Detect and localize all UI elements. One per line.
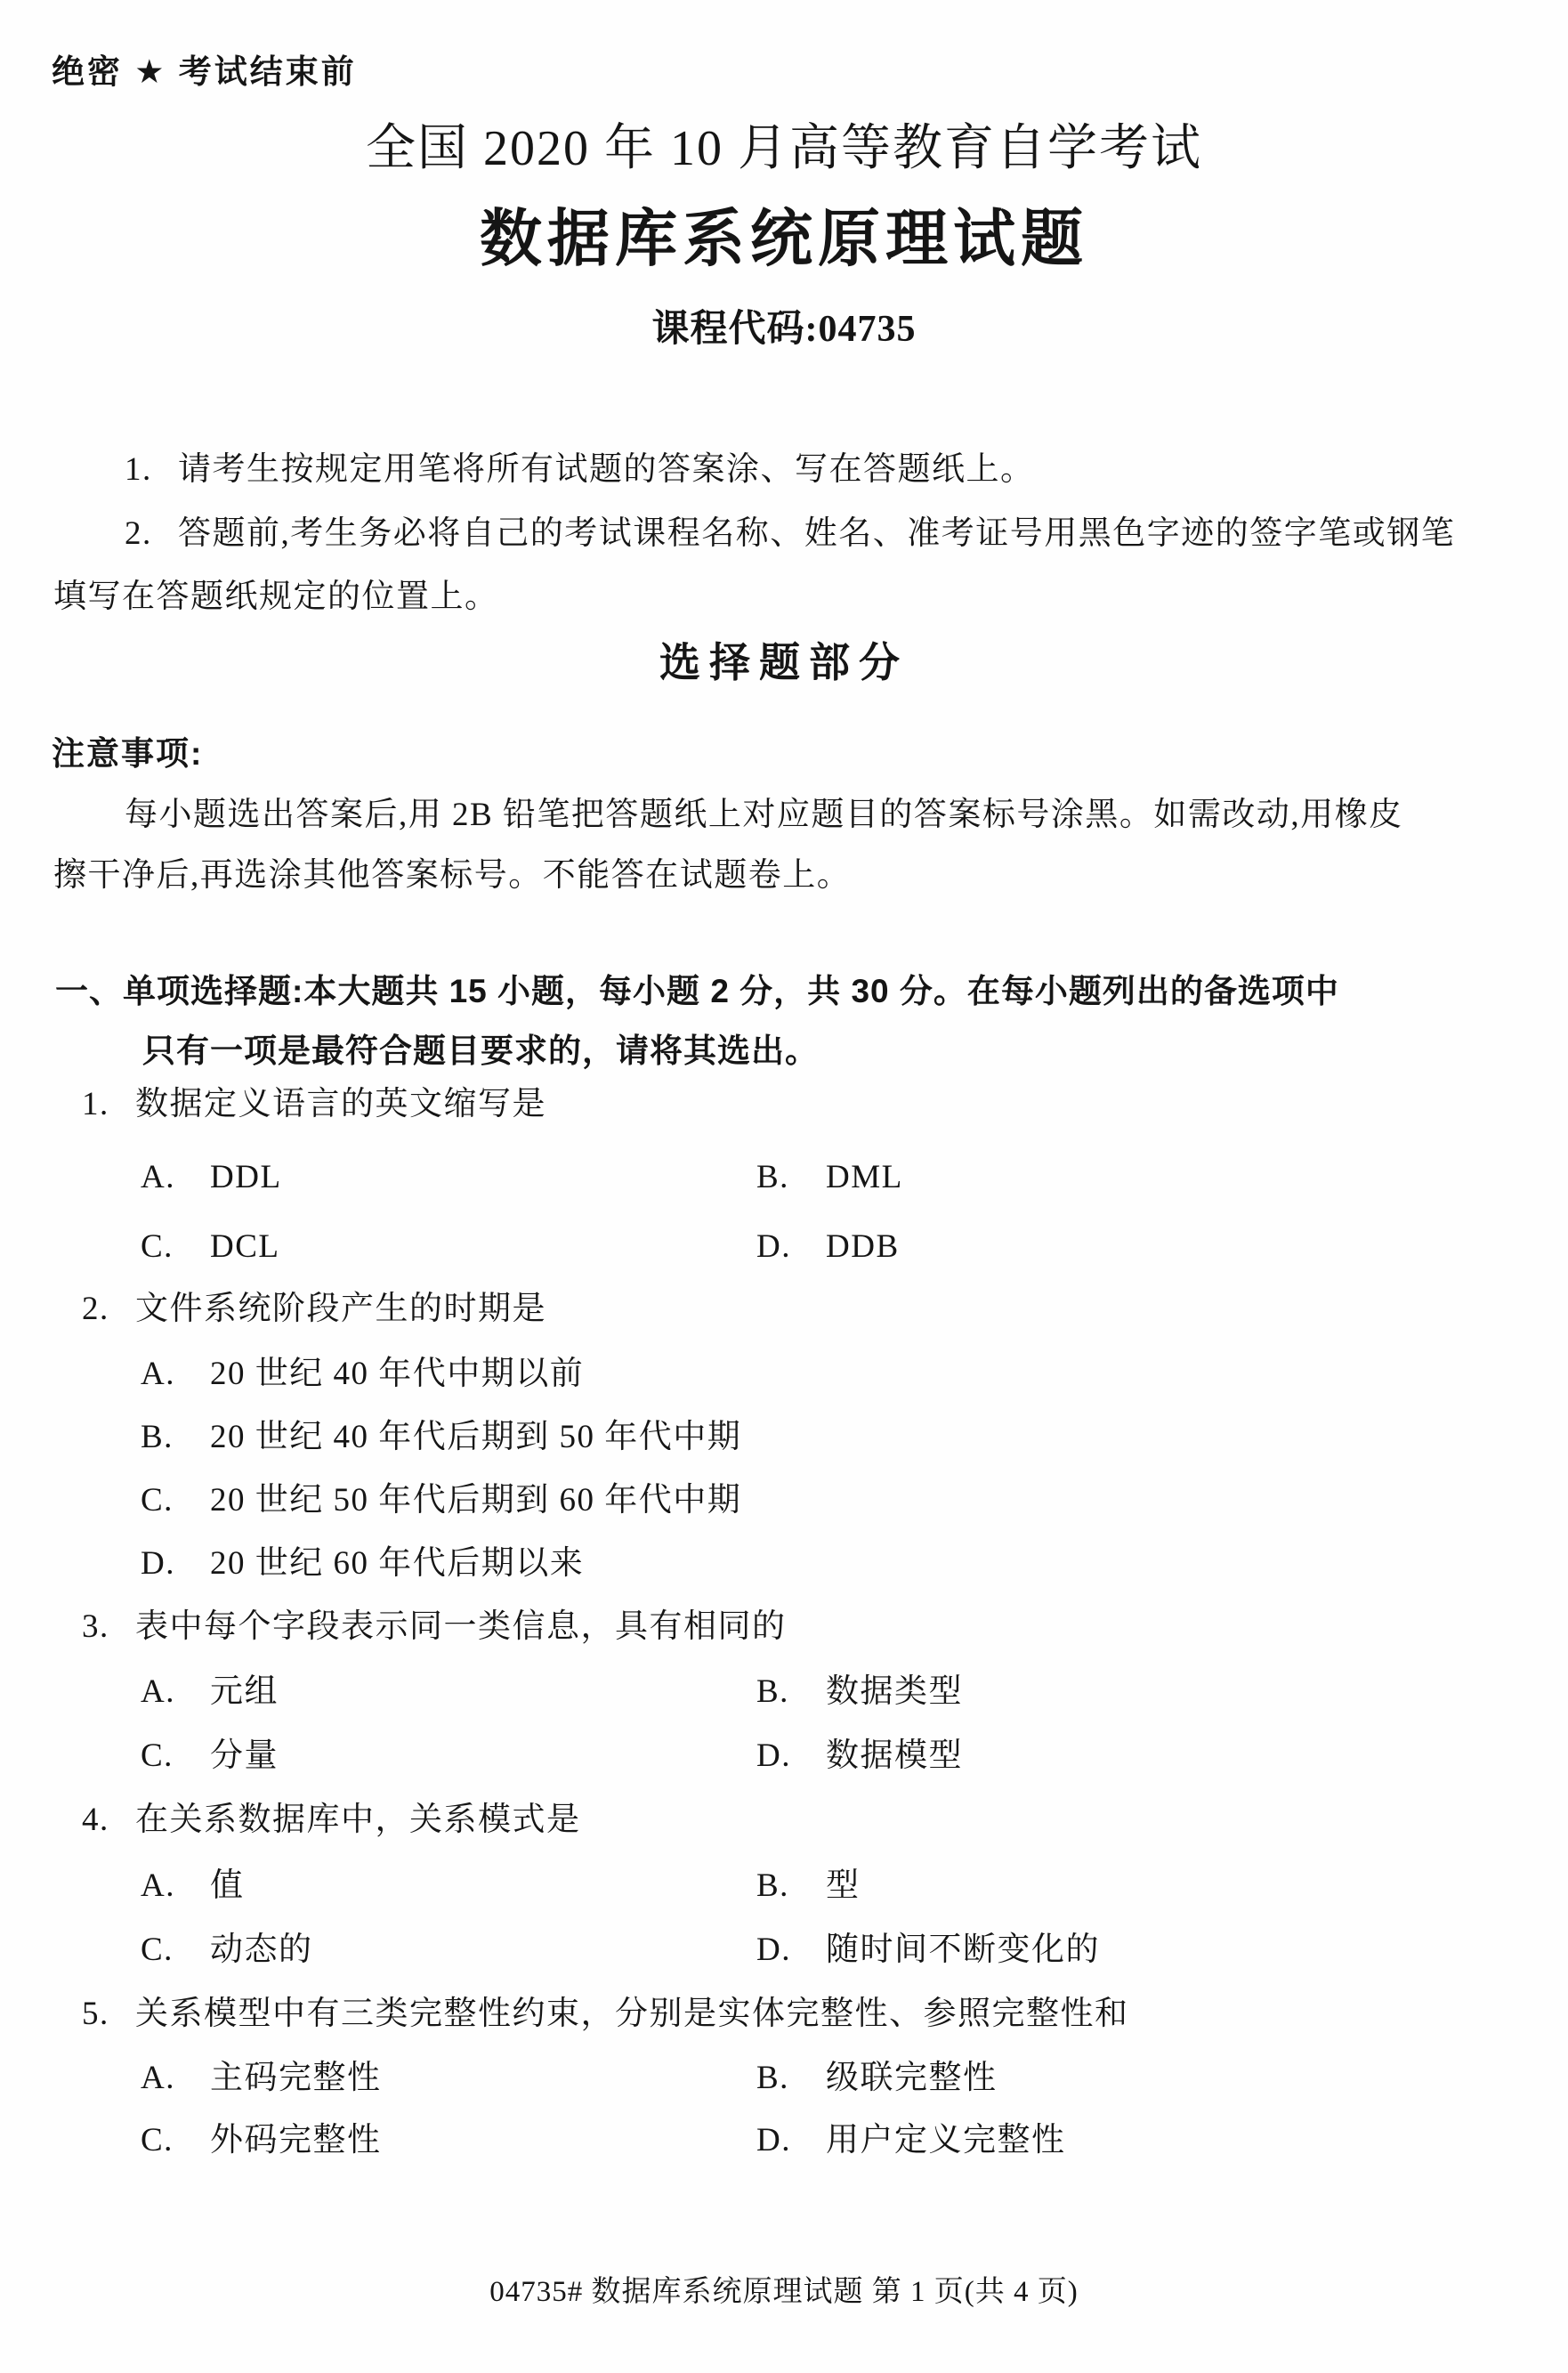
- option-d-label: D.: [756, 1227, 826, 1267]
- question-1-option-a: A.DDL: [141, 1157, 282, 1198]
- question-3-option-c: C.分量: [141, 1736, 279, 1777]
- option-b-text: 20 世纪 40 年代后期到 50 年代中期: [210, 1419, 741, 1455]
- option-c-text: 动态的: [210, 1932, 313, 1968]
- option-c-label: C.: [141, 1930, 210, 1971]
- option-d-text: 随时间不断变化的: [826, 1932, 1100, 1968]
- question-3-stem: 表中每个字段表示同一类信息，具有相同的: [135, 1607, 787, 1648]
- option-b-text: 级联完整性: [826, 2060, 998, 2096]
- option-a-label: A.: [141, 2058, 210, 2099]
- part-one-heading-line-2: 只有一项是最符合题目要求的，请将其选出。: [142, 1024, 819, 1072]
- question-1-option-b: B.DML: [756, 1157, 903, 1198]
- option-a-label: A.: [141, 1157, 210, 1198]
- question-2-option-a: A.20 世纪 40 年代中期以前: [141, 1354, 584, 1395]
- instruction-1-number: 1.: [125, 449, 152, 490]
- option-c-text: 分量: [210, 1737, 279, 1774]
- question-3-option-d: D.数据模型: [756, 1736, 963, 1777]
- question-2-number: 2.: [82, 1289, 109, 1330]
- question-1-option-c: C.DCL: [141, 1227, 280, 1267]
- instruction-2-text: 答题前,考生务必将自己的考试课程名称、姓名、准考证号用黑色字迹的签字笔或钢笔: [178, 514, 1455, 555]
- option-b-label: B.: [756, 1157, 826, 1198]
- question-5-option-d: D.用户定义完整性: [756, 2120, 1066, 2161]
- option-c-text: DCL: [210, 1228, 280, 1265]
- option-d-text: DDB: [826, 1228, 900, 1265]
- question-2-option-b: B.20 世纪 40 年代后期到 50 年代中期: [141, 1417, 741, 1458]
- question-2-stem: 文件系统阶段产生的时期是: [135, 1289, 546, 1330]
- option-b-label: B.: [756, 2058, 826, 2099]
- question-5-option-b: B.级联完整性: [756, 2058, 998, 2099]
- option-c-label: C.: [141, 1480, 210, 1521]
- instruction-2-number: 2.: [125, 514, 152, 555]
- question-4-option-b: B.型: [756, 1866, 861, 1907]
- option-a-label: A.: [141, 1866, 210, 1907]
- option-a-label: A.: [141, 1354, 210, 1395]
- question-3-option-b: B.数据类型: [756, 1672, 963, 1713]
- question-4-option-a: A.值: [141, 1866, 245, 1907]
- instruction-1-text: 请考生按规定用笔将所有试题的答案涂、写在答题纸上。: [178, 449, 1035, 490]
- question-3-option-a: A.元组: [141, 1672, 279, 1713]
- question-2-option-d: D.20 世纪 60 年代后期以来: [141, 1543, 584, 1584]
- option-d-label: D.: [756, 1736, 826, 1777]
- option-c-label: C.: [141, 1736, 210, 1777]
- question-4-option-c: C.动态的: [141, 1930, 313, 1971]
- option-d-text: 20 世纪 60 年代后期以来: [210, 1545, 584, 1582]
- option-b-label: B.: [756, 1866, 826, 1907]
- question-5-option-c: C.外码完整性: [141, 2120, 382, 2161]
- question-1-number: 1.: [82, 1084, 109, 1125]
- option-a-label: A.: [141, 1672, 210, 1713]
- option-a-text: 主码完整性: [210, 2060, 382, 2096]
- option-d-label: D.: [141, 1543, 210, 1584]
- page-footer: 04735# 数据库系统原理试题 第 1 页(共 4 页): [0, 2268, 1568, 2310]
- section-title: 选择题部分: [0, 630, 1568, 689]
- question-5-stem: 关系模型中有三类完整性约束，分别是实体完整性、参照完整性和: [135, 1994, 1129, 2035]
- option-d-label: D.: [756, 2120, 826, 2161]
- question-4-stem: 在关系数据库中，关系模式是: [135, 1800, 581, 1841]
- option-b-label: B.: [756, 1672, 826, 1713]
- option-c-text: 20 世纪 50 年代后期到 60 年代中期: [210, 1482, 741, 1519]
- option-c-text: 外码完整性: [210, 2122, 382, 2158]
- exam-paper-page: 绝密 ★ 考试结束前 全国 2020 年 10 月高等教育自学考试 数据库系统原…: [0, 0, 1568, 2373]
- subject-title: 数据库系统原理试题: [0, 189, 1568, 279]
- option-d-text: 数据模型: [826, 1737, 963, 1774]
- question-5-number: 5.: [82, 1994, 109, 2035]
- instruction-2-continuation: 填写在答题纸规定的位置上。: [53, 577, 499, 618]
- option-a-text: 20 世纪 40 年代中期以前: [210, 1356, 584, 1392]
- exam-title: 全国 2020 年 10 月高等教育自学考试: [0, 109, 1568, 180]
- security-notice: 绝密 ★ 考试结束前: [52, 45, 357, 93]
- notes-label: 注意事项:: [52, 726, 203, 774]
- question-3-number: 3.: [82, 1607, 109, 1648]
- option-b-text: DML: [826, 1159, 903, 1195]
- notes-body-line-2: 擦干净后,再选涂其他答案标号。不能答在试题卷上。: [0, 855, 1568, 896]
- question-1-option-d: D.DDB: [756, 1227, 900, 1267]
- option-a-text: 元组: [210, 1673, 279, 1710]
- option-d-label: D.: [756, 1930, 826, 1971]
- question-4-number: 4.: [82, 1800, 109, 1841]
- option-a-text: DDL: [210, 1159, 282, 1195]
- question-2-option-c: C.20 世纪 50 年代后期到 60 年代中期: [141, 1480, 741, 1521]
- question-1-stem: 数据定义语言的英文缩写是: [135, 1084, 546, 1125]
- question-4-option-d: D.随时间不断变化的: [756, 1930, 1100, 1971]
- option-a-text: 值: [210, 1867, 245, 1904]
- option-c-label: C.: [141, 2120, 210, 2161]
- question-5-option-a: A.主码完整性: [141, 2058, 382, 2099]
- option-b-text: 数据类型: [826, 1673, 963, 1710]
- option-b-label: B.: [141, 1417, 210, 1458]
- notes-body-line-1: 每小题选出答案后,用 2B 铅笔把答题纸上对应题目的答案标号涂黑。如需改动,用橡…: [0, 795, 1568, 836]
- option-c-label: C.: [141, 1227, 210, 1267]
- part-one-heading-line-1: 一、单项选择题:本大题共 15 小题，每小题 2 分，共 30 分。在每小题列出…: [55, 964, 1339, 1012]
- option-b-text: 型: [826, 1867, 861, 1904]
- course-code: 课程代码:04735: [0, 299, 1568, 352]
- option-d-text: 用户定义完整性: [826, 2122, 1066, 2158]
